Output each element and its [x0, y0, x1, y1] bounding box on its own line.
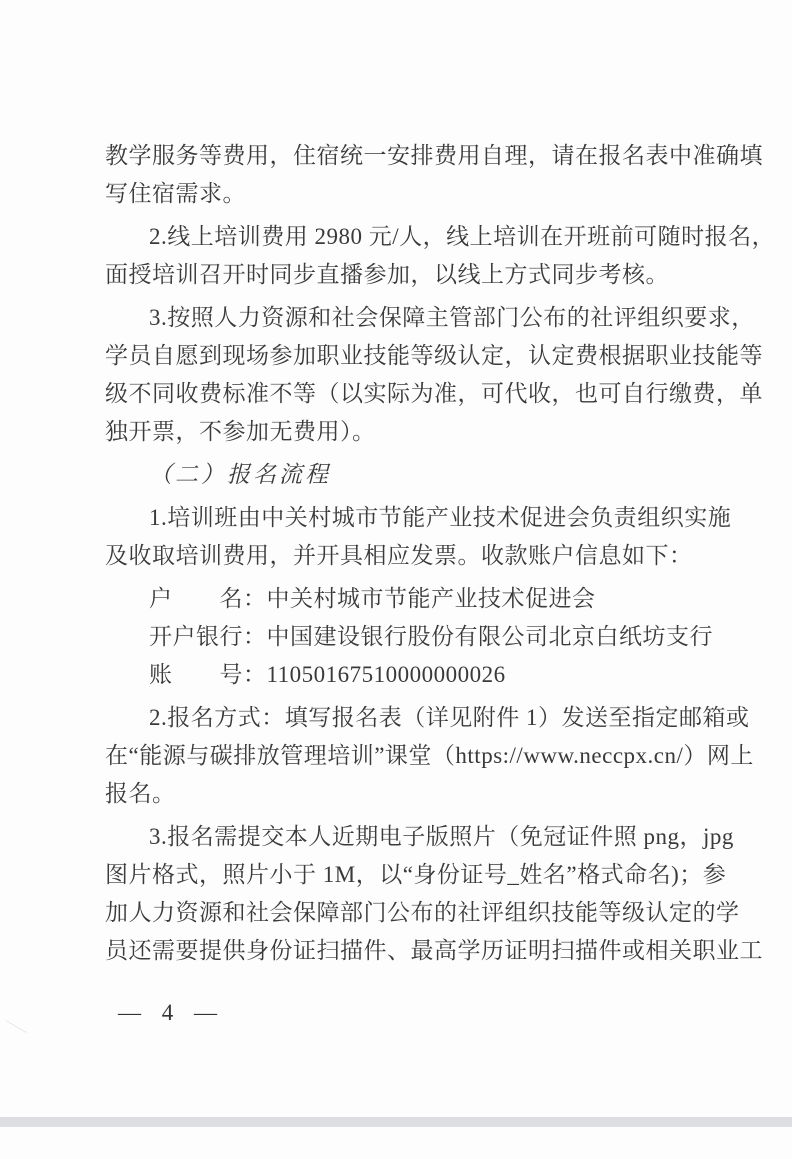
body-line: 教学服务等费用，住宿统一安排费用自理，请在报名表中准确填 [105, 137, 717, 175]
body-line: 面授培训召开时同步直播参加，以线上方式同步考核。 [105, 256, 717, 294]
document-page: 教学服务等费用，住宿统一安排费用自理，请在报名表中准确填 写住宿需求。 2.线上… [0, 0, 792, 1117]
body-line-url: 在“能源与碳排放管理培训”课堂（https://www.neccpx.cn/）网… [105, 737, 717, 775]
paragraph-online-training-fee: 2.线上培训费用 2980 元/人，线上培训在开班前可随时报名， [105, 218, 717, 256]
paragraph-skill-assessment: 3.按照人力资源和社会保障主管部门公布的社评组织要求， [105, 299, 717, 337]
page-bottom-edge [0, 1117, 792, 1127]
account-number-line: 账 号：11050167510000000026 [105, 656, 717, 694]
paragraph-photo-requirement: 3.报名需提交本人近期电子版照片（免冠证件照 png，jpg [105, 818, 717, 856]
next-page-top [0, 1127, 792, 1159]
body-line: 学员自愿到现场参加职业技能等级认定，认定费根据职业技能等 [105, 337, 717, 375]
paragraph-registration-method: 2.报名方式：填写报名表（详见附件 1）发送至指定邮箱或 [105, 699, 717, 737]
account-holder-line: 户 名：中关村城市节能产业技术促进会 [105, 580, 717, 618]
body-line: 级不同收费标准不等（以实际为准，可代收，也可自行缴费，单 [105, 375, 717, 413]
body-line: 及收取培训费用，并开具相应发票。收款账户信息如下： [105, 537, 717, 575]
body-line: 写住宿需求。 [105, 175, 717, 213]
bank-line: 开户银行：中国建设银行股份有限公司北京白纸坊支行 [105, 618, 717, 656]
scan-artifact-mark [5, 1020, 26, 1033]
section-heading-registration-process: （二）报名流程 [105, 456, 717, 494]
body-line: 员还需要提供身份证扫描件、最高学历证明扫描件或相关职业工 [105, 932, 717, 970]
body-line: 图片格式，照片小于 1M，以“身份证号_姓名”格式命名)；参 [105, 856, 717, 894]
document-body: 教学服务等费用，住宿统一安排费用自理，请在报名表中准确填 写住宿需求。 2.线上… [105, 137, 717, 970]
page-number: — 4 — [118, 995, 218, 1031]
body-line: 独开票，不参加无费用）。 [105, 413, 717, 451]
body-line: 加人力资源和社会保障部门公布的社评组织技能等级认定的学 [105, 894, 717, 932]
body-line: 报名。 [105, 775, 717, 813]
paragraph-organizer: 1.培训班由中关村城市节能产业技术促进会负责组织实施 [105, 499, 717, 537]
